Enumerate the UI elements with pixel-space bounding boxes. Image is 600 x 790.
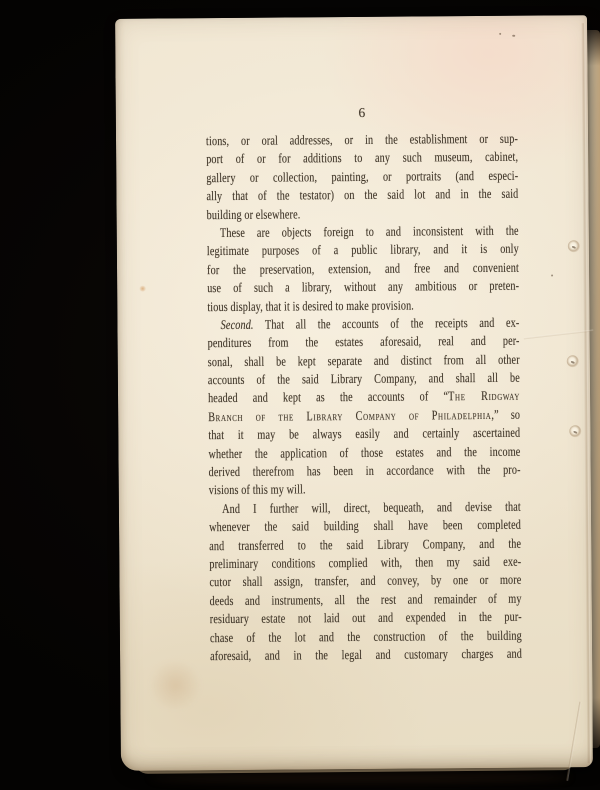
text-segment: tious display, that it is desired to mak… bbox=[207, 297, 414, 314]
text-line: sonal, shall be kept separate and distin… bbox=[208, 350, 520, 371]
text-line: headed and kept as the accounts of “The … bbox=[208, 387, 520, 408]
text-segment: That all the accounts of the receipts an… bbox=[254, 315, 520, 332]
stitch-hole bbox=[569, 425, 581, 437]
text-segment: building or elsewhere. bbox=[207, 206, 301, 222]
text-line: residuary estate not laid out and expend… bbox=[210, 608, 522, 629]
book-page: 6 tions, or oral addresses, or in the es… bbox=[115, 15, 593, 771]
smallcaps-text: The Ridgway bbox=[448, 388, 520, 404]
text-line: whenever the said building shall have be… bbox=[209, 516, 521, 537]
text-segment: gallery or collection, painting, or port… bbox=[206, 167, 518, 184]
text-line: deeds and instruments, all the rest and … bbox=[210, 589, 522, 610]
text-line: accounts of the said Library Company, an… bbox=[208, 369, 520, 390]
text-line: building or elsewhere. bbox=[207, 203, 519, 224]
text-segment: And I further will, direct, bequeath, an… bbox=[222, 499, 521, 516]
text-segment: legitimate purposes of a public library,… bbox=[207, 241, 519, 258]
text-segment: ,” so bbox=[491, 407, 520, 422]
text-line: Second. That all the accounts of the rec… bbox=[207, 314, 519, 335]
stitch-hole bbox=[568, 240, 580, 252]
text-segment: deeds and instruments, all the rest and … bbox=[210, 590, 522, 607]
smallcaps-text: Branch of the Library Company of Philade… bbox=[208, 407, 491, 424]
text-line: and transferred to the said Library Comp… bbox=[209, 534, 521, 555]
text-line: port of or for additions to any such mus… bbox=[206, 148, 518, 169]
text-line: And I further will, direct, bequeath, an… bbox=[209, 498, 521, 519]
text-line: for the preservation, extension, and fre… bbox=[207, 258, 519, 279]
dust-speck bbox=[512, 35, 515, 37]
text-segment: derived therefrom has been in accordance… bbox=[209, 462, 521, 479]
text-segment: for the preservation, extension, and fre… bbox=[207, 259, 519, 276]
text-column: tions, or oral addresses, or in the esta… bbox=[206, 130, 522, 666]
text-line: Branch of the Library Company of Philade… bbox=[208, 406, 520, 427]
dust-speck bbox=[499, 33, 501, 35]
text-line: whether the application of those estates… bbox=[208, 442, 520, 463]
text-line: chase of the lot and the construction of… bbox=[210, 626, 522, 647]
text-segment: sonal, shall be kept separate and distin… bbox=[208, 351, 520, 368]
text-segment: visions of this my will. bbox=[209, 482, 306, 498]
page-number: 6 bbox=[206, 104, 518, 122]
text-segment: accounts of the said Library Company, an… bbox=[208, 370, 520, 387]
text-line: ally that of the testator) on the said l… bbox=[206, 185, 518, 206]
text-line: cutor shall assign, transfer, and convey… bbox=[209, 571, 521, 592]
text-line: gallery or collection, painting, or port… bbox=[206, 166, 518, 187]
text-segment: aforesaid, and in the legal and customar… bbox=[210, 646, 522, 663]
text-line: derived therefrom has been in accordance… bbox=[209, 461, 521, 482]
paper-stain bbox=[146, 661, 204, 709]
text-segment: cutor shall assign, transfer, and convey… bbox=[209, 572, 521, 589]
text-segment: preliminary conditions complied with, th… bbox=[209, 554, 521, 571]
text-block: tions, or oral addresses, or in the esta… bbox=[206, 130, 522, 666]
corner-crease bbox=[566, 702, 581, 781]
text-line: tions, or oral addresses, or in the esta… bbox=[206, 130, 518, 151]
text-line: tious display, that it is desired to mak… bbox=[207, 295, 519, 316]
text-segment: chase of the lot and the construction of… bbox=[210, 627, 522, 644]
text-segment: and transferred to the said Library Comp… bbox=[209, 535, 521, 552]
text-segment: headed and kept as the accounts of “ bbox=[208, 389, 448, 406]
photo-backdrop: 6 tions, or oral addresses, or in the es… bbox=[0, 0, 600, 790]
paper-spot bbox=[139, 286, 146, 292]
text-line: aforesaid, and in the legal and customar… bbox=[210, 645, 522, 666]
text-segment: residuary estate not laid out and expend… bbox=[210, 609, 522, 626]
text-line: use of such a library, without any ambit… bbox=[207, 277, 519, 298]
dust-speck bbox=[551, 274, 553, 276]
text-line: These are objects foreign to and inconsi… bbox=[207, 222, 519, 243]
text-line: legitimate purposes of a public library,… bbox=[207, 240, 519, 261]
text-line: that it may be always easily and certain… bbox=[208, 424, 520, 445]
text-line: visions of this my will. bbox=[209, 479, 521, 500]
text-segment: penditures from the estates aforesaid, r… bbox=[208, 333, 520, 350]
italic-text: Second. bbox=[221, 317, 254, 332]
text-line: penditures from the estates aforesaid, r… bbox=[208, 332, 520, 353]
text-segment: whenever the said building shall have be… bbox=[209, 517, 521, 534]
text-segment: whether the application of those estates… bbox=[208, 443, 520, 460]
stitch-hole bbox=[567, 355, 579, 367]
text-segment: tions, or oral addresses, or in the esta… bbox=[206, 131, 518, 148]
text-segment: that it may be always easily and certain… bbox=[208, 425, 520, 442]
text-segment: These are objects foreign to and inconsi… bbox=[220, 223, 519, 240]
text-segment: use of such a library, without any ambit… bbox=[207, 278, 519, 295]
text-line: preliminary conditions complied with, th… bbox=[209, 553, 521, 574]
text-segment: port of or for additions to any such mus… bbox=[206, 149, 518, 166]
text-segment: ally that of the testator) on the said l… bbox=[206, 186, 518, 203]
